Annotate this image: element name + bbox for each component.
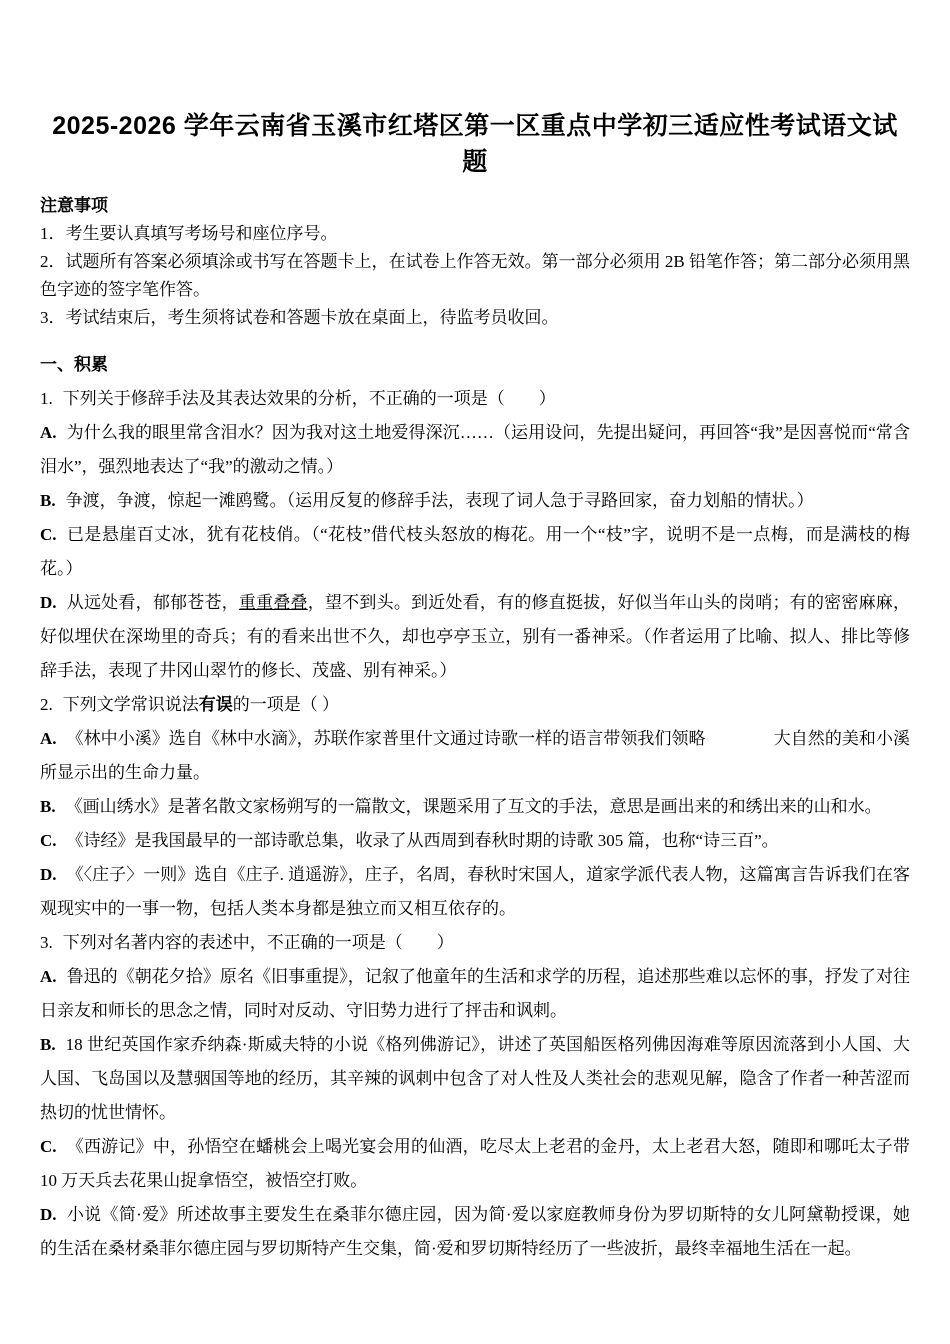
option-d-text: 小说《简·爱》所述故事主要发生在桑菲尔德庄园，因为简·爱以家庭教师身份为罗切斯特…: [40, 1205, 910, 1258]
notice-item-1: 1．考生要认真填写考场号和座位序号。: [40, 220, 910, 248]
question-1-stem-text: 下列关于修辞手法及其表达效果的分析，不正确的一项是（ ）: [63, 389, 556, 408]
question-1-option-d: D.从远处看，郁郁苍苍，重重叠叠，望不到头。到近处看，有的修直挺拔，好似当年山头…: [40, 586, 910, 688]
question-1-option-c: C.已是悬崖百丈冰，犹有花枝俏。（“花枝”借代枝头怒放的梅花。用一个“枝”字，说…: [40, 518, 910, 586]
option-letter-a: A.: [40, 729, 57, 748]
question-3-option-b: B.18 世纪英国作家乔纳森·斯威夫特的小说《格列佛游记》，讲述了英国船医格列佛…: [40, 1028, 910, 1130]
option-letter-d: D.: [40, 865, 57, 884]
option-letter-a: A.: [40, 967, 57, 986]
question-3-number: 3.: [40, 933, 53, 952]
option-letter-d: D.: [40, 593, 57, 612]
option-letter-b: B.: [40, 1035, 56, 1054]
question-2-option-d: D.《〈庄子〉一则》选自《庄子. 逍遥游》，庄子，名周，春秋时宋国人，道家学派代…: [40, 858, 910, 926]
option-d-text-pre: 从远处看，郁郁苍苍，: [67, 593, 239, 612]
option-d-text: 《〈庄子〉一则》选自《庄子. 逍遥游》，庄子，名周，春秋时宋国人，道家学派代表人…: [40, 865, 910, 918]
notice-item-3: 3．考试结束后，考生须将试卷和答题卡放在桌面上，待监考员收回。: [40, 304, 910, 332]
question-1-option-b: B.争渡，争渡，惊起一滩鸥鹭。（运用反复的修辞手法，表现了词人急于寻路回家，奋力…: [40, 484, 910, 518]
option-a-text: 为什么我的眼里常含泪水？因为我对这土地爱得深沉……（运用设问，先提出疑问，再回答…: [40, 423, 910, 476]
exam-paper-page: 2025-2026 学年云南省玉溪市红塔区第一区重点中学初三适应性考试语文试题 …: [0, 0, 950, 1344]
question-2-stem-emphasis: 有误: [199, 695, 233, 714]
option-b-text: 争渡，争渡，惊起一滩鸥鹭。（运用反复的修辞手法，表现了词人急于寻路回家，奋力划船…: [66, 491, 814, 510]
option-b-text: 18 世纪英国作家乔纳森·斯威夫特的小说《格列佛游记》，讲述了英国船医格列佛因海…: [40, 1035, 910, 1122]
notice-item-2: 2．试题所有答案必须填涂或书写在答题卡上，在试卷上作答无效。第一部分必须用 2B…: [40, 248, 910, 304]
question-3-option-a: A.鲁迅的《朝花夕拾》原名《旧事重提》，记叙了他童年的生活和求学的历程，追述那些…: [40, 960, 910, 1028]
option-d-underlined-phrase: 重重叠叠: [239, 593, 308, 612]
question-1-stem: 1.下列关于修辞手法及其表达效果的分析，不正确的一项是（ ）: [40, 382, 910, 416]
question-2-stem-pre: 下列文学常识说法: [63, 695, 199, 714]
question-2-stem-post: 的一项是（ ）: [233, 695, 339, 714]
option-c-text: 已是悬崖百丈冰，犹有花枝俏。（“花枝”借代枝头怒放的梅花。用一个“枝”字，说明不…: [40, 525, 910, 578]
notice-section: 注意事项 1．考生要认真填写考场号和座位序号。 2．试题所有答案必须填涂或书写在…: [40, 192, 910, 332]
option-letter-a: A.: [40, 423, 57, 442]
question-3-option-c: C.《西游记》中，孙悟空在蟠桃会上喝光宴会用的仙酒，吃尽太上老君的金丹，太上老君…: [40, 1130, 910, 1198]
page-title: 2025-2026 学年云南省玉溪市红塔区第一区重点中学初三适应性考试语文试题: [40, 106, 910, 178]
notice-heading: 注意事项: [40, 192, 910, 220]
option-letter-d: D.: [40, 1205, 57, 1224]
question-3-stem-text: 下列对名著内容的表述中，不正确的一项是（ ）: [63, 933, 454, 952]
option-letter-b: B.: [40, 797, 56, 816]
option-letter-c: C.: [40, 525, 57, 544]
option-b-text: 《画山绣水》是著名散文家杨朔写的一篇散文，课题采用了互文的手法，意思是画出来的和…: [66, 797, 882, 816]
option-letter-b: B.: [40, 491, 56, 510]
option-c-text: 《诗经》是我国最早的一部诗歌总集，收录了从西周到春秋时期的诗歌 305 篇，也称…: [67, 831, 779, 850]
option-a-text: 鲁迅的《朝花夕拾》原名《旧事重提》，记叙了他童年的生活和求学的历程，追述那些难以…: [40, 967, 910, 1020]
option-c-text: 《西游记》中，孙悟空在蟠桃会上喝光宴会用的仙酒，吃尽太上老君的金丹，太上老君大怒…: [40, 1137, 910, 1190]
question-2-stem: 2.下列文学常识说法有误的一项是（ ）: [40, 688, 910, 722]
question-3-stem: 3.下列对名著内容的表述中，不正确的一项是（ ）: [40, 926, 910, 960]
section-heading-accumulation: 一、积累: [40, 348, 910, 382]
question-1-option-a: A.为什么我的眼里常含泪水？因为我对这土地爱得深沉……（运用设问，先提出疑问，再…: [40, 416, 910, 484]
question-3-option-d: D.小说《简·爱》所述故事主要发生在桑菲尔德庄园，因为简·爱以家庭教师身份为罗切…: [40, 1198, 910, 1266]
question-2-option-a: A.《林中小溪》选自《林中水滴》，苏联作家普里什文通过诗歌一样的语言带领我们领略…: [40, 722, 910, 790]
option-letter-c: C.: [40, 831, 57, 850]
option-letter-c: C.: [40, 1137, 57, 1156]
question-2-option-c: C.《诗经》是我国最早的一部诗歌总集，收录了从西周到春秋时期的诗歌 305 篇，…: [40, 824, 910, 858]
question-1-number: 1.: [40, 389, 53, 408]
question-2-option-b: B.《画山绣水》是著名散文家杨朔写的一篇散文，课题采用了互文的手法，意思是画出来…: [40, 790, 910, 824]
question-2-number: 2.: [40, 695, 53, 714]
option-a-text: 《林中小溪》选自《林中水滴》，苏联作家普里什文通过诗歌一样的语言带领我们领略 大…: [40, 729, 910, 782]
